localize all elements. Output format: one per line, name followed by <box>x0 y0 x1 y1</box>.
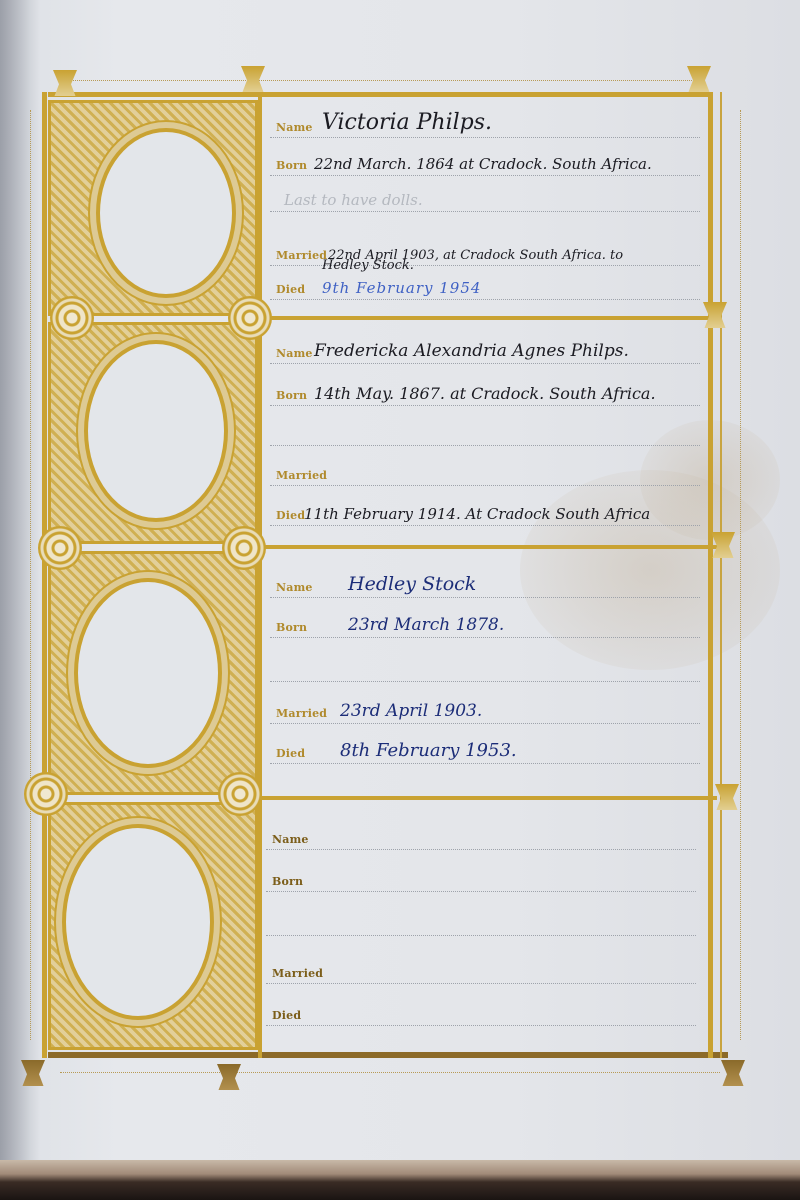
frame-dotted-top <box>60 80 700 81</box>
died-value: 11th February 1914. At Cradock South Afr… <box>304 505 650 523</box>
married-label: Married <box>272 967 323 980</box>
name-label: Name <box>276 581 313 594</box>
born-value: 22nd March. 1864 at Cradock. South Afric… <box>314 155 652 173</box>
name-label: Name <box>276 347 313 360</box>
died-row: Died <box>266 996 696 1026</box>
died-row: Died 11th February 1914. At Cradock Sout… <box>270 496 700 526</box>
note-row: Last to have dolls. <box>270 182 700 212</box>
register-page: Name Victoria Philps. Born 22nd March. 1… <box>0 0 800 1172</box>
born-row: Born 22nd March. 1864 at Cradock. South … <box>270 146 700 176</box>
rosette-ornament <box>222 526 266 570</box>
frame-dotted-left <box>30 110 31 1040</box>
died-label: Died <box>276 747 305 760</box>
married-row: Married <box>270 456 700 486</box>
name-value: Victoria Philps. <box>322 110 492 135</box>
name-label: Name <box>276 121 313 134</box>
born-label: Born <box>276 389 307 402</box>
born-value: 23rd March 1878. <box>348 615 504 635</box>
born-label: Born <box>276 621 307 634</box>
rosette-ornament <box>50 296 94 340</box>
frame-right-thin-rule <box>720 92 722 1058</box>
blank-row <box>270 416 700 446</box>
born-label: Born <box>276 159 307 172</box>
died-row: Died 8th February 1953. <box>270 734 700 764</box>
blank-row <box>270 652 700 682</box>
born-value: 14th May. 1867. at Cradock. South Africa… <box>314 384 656 403</box>
born-row: Born <box>266 862 696 892</box>
died-value: 9th February 1954 <box>322 279 481 297</box>
rosette-ornament <box>228 296 272 340</box>
name-value: Fredericka Alexandria Agnes Philps. <box>314 341 629 361</box>
finial-ornament <box>214 1064 244 1090</box>
died-value: 8th February 1953. <box>340 740 517 761</box>
finial-ornament <box>684 66 714 92</box>
blank-row <box>266 906 696 936</box>
married-label: Married <box>276 707 327 720</box>
frame-top-rule <box>48 92 713 97</box>
rosette-ornament <box>24 772 68 816</box>
died-label: Died <box>276 283 305 296</box>
married-row: Married 23rd April 1903. <box>270 694 700 724</box>
finial-ornament <box>718 1060 748 1086</box>
name-row: Name Hedley Stock <box>270 568 700 598</box>
finial-ornament <box>238 66 268 92</box>
married-row: Married <box>266 954 696 984</box>
photo-oval-4 <box>62 824 214 1020</box>
frame-inner-rule <box>258 92 262 1058</box>
name-row: Name Victoria Philps. <box>270 108 700 138</box>
photo-oval-3 <box>74 578 222 768</box>
frame-bottom-rule <box>48 1052 728 1058</box>
married-label: Married <box>276 469 327 482</box>
born-row: Born 23rd March 1878. <box>270 608 700 638</box>
died-row: Died 9th February 1954 <box>270 270 700 300</box>
book-binding-edge <box>0 1160 800 1200</box>
frame-dotted-bottom <box>60 1072 720 1073</box>
rosette-ornament <box>218 772 262 816</box>
name-row: Name <box>266 820 696 850</box>
married-value: 23rd April 1903. <box>340 701 482 721</box>
died-label: Died <box>272 1009 301 1022</box>
finial-ornament <box>700 302 730 328</box>
name-value: Hedley Stock <box>348 573 476 595</box>
section-divider <box>262 545 717 549</box>
name-label: Name <box>272 833 309 846</box>
photo-oval-1 <box>96 128 236 298</box>
frame-left-rule <box>42 92 47 1058</box>
section-divider <box>262 796 717 800</box>
pencil-note: Last to have dolls. <box>284 191 423 209</box>
frame-right-rule <box>708 92 713 1058</box>
section-divider <box>262 316 717 320</box>
finial-ornament <box>18 1060 48 1086</box>
married-label: Married <box>276 249 327 262</box>
died-label: Died <box>276 509 305 522</box>
frame-dotted-right <box>740 110 741 1040</box>
born-label: Born <box>272 875 303 888</box>
photo-oval-2 <box>84 340 228 522</box>
rosette-ornament <box>38 526 82 570</box>
name-row: Name Fredericka Alexandria Agnes Philps. <box>270 334 700 364</box>
born-row: Born 14th May. 1867. at Cradock. South A… <box>270 376 700 406</box>
